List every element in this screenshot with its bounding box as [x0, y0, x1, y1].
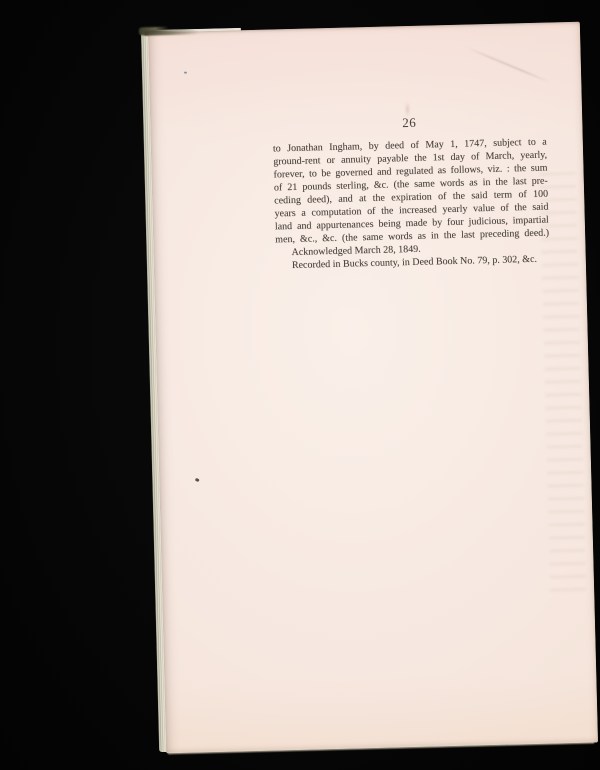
page-number: 26 [272, 113, 546, 134]
blue-speck [184, 72, 187, 74]
scanned-book-photo: 26 toJonathanIngham,bydeedofMay1,1747,su… [0, 0, 600, 770]
corner-smudge [144, 29, 202, 35]
ink-speck [195, 478, 200, 482]
crease-mark [466, 47, 552, 84]
text-block: toJonathanIngham,bydeedofMay1,1747,subje… [273, 136, 550, 273]
book-page: 26 toJonathanIngham,bydeedofMay1,1747,su… [148, 22, 598, 754]
